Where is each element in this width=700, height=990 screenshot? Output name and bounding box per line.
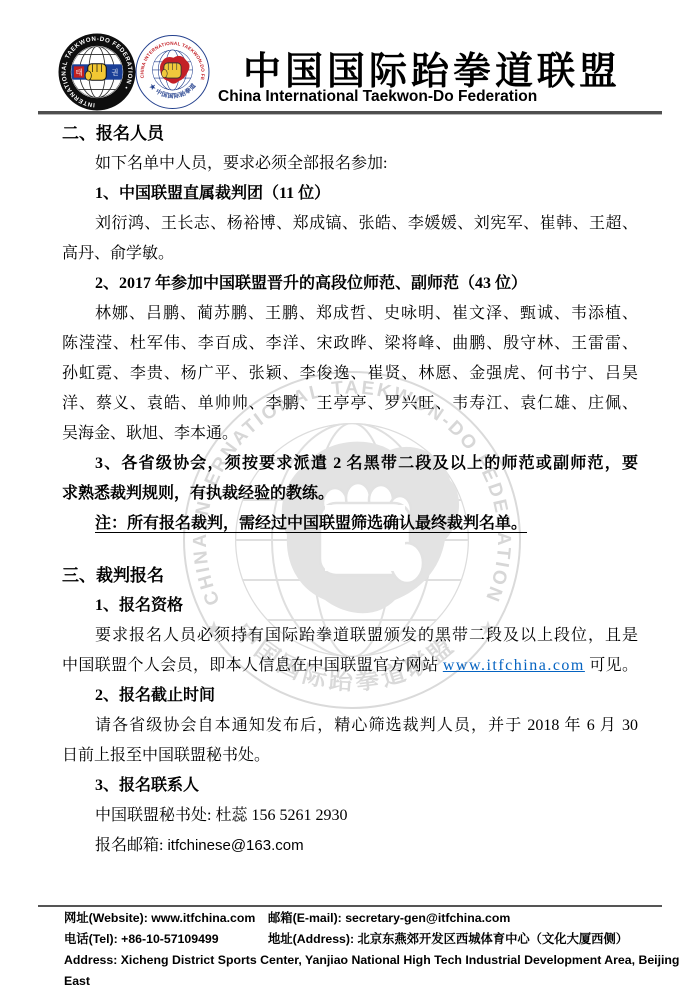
registrants-intro: 如下名单中人员，要求必须全部报名参加:	[62, 149, 638, 179]
master-names-line-4: 洋、蔡义、袁皓、单帅帅、李鹏、王亭亭、罗兴旺、韦寿江、袁仁雄、庄佩、	[62, 389, 638, 419]
korean-kwon-glyph: 권	[111, 68, 118, 77]
itf-emblem-icon: INTERNATIONAL TAEKWON-DO FEDERATION • 태 …	[58, 33, 136, 111]
qualification-text-post: 可见。	[585, 657, 638, 674]
footer-email-value: secretary-gen@itfchina.com	[345, 911, 510, 925]
master-names-line-3: 孙虹霓、李贵、杨广平、张颖、李俊逸、崔贤、林愿、金强虎、何书宁、吕昊	[62, 359, 638, 389]
provincial-requirement-line-2: 求熟悉裁判规则，有执裁经验的教练。	[62, 479, 638, 509]
korean-tae-glyph: 태	[76, 68, 83, 77]
footer-row-1: 网址(Website): www.itfchina.com 邮箱(E-mail)…	[64, 908, 680, 929]
referee-names-line-1: 刘衍鸿、王长志、杨裕博、郑成镐、张皓、李媛媛、刘宪军、崔韩、王超、	[62, 209, 638, 239]
footer-address-en: Address: Xicheng District Sports Center,…	[64, 950, 680, 990]
footer-tel: 电话(Tel): +86-10-57109499	[64, 929, 268, 950]
qualification-line-2: 中国联盟个人会员，即本人信息在中国联盟官方网站 www.itfchina.com…	[62, 651, 638, 681]
footer-tel-label: 电话(Tel):	[64, 932, 121, 946]
footer-email-label: 邮箱(E-mail):	[268, 911, 345, 925]
footer-divider	[38, 905, 662, 907]
footer-address-label: 地址(Address):	[268, 932, 358, 946]
org-title-cn: 中国国际跆拳道联盟	[243, 40, 621, 95]
header-divider	[38, 111, 662, 115]
org-title-en: China International Taekwon-Do Federatio…	[218, 88, 537, 106]
footer-tel-value: +86-10-57109499	[121, 932, 218, 946]
qualification-text-pre: 中国联盟个人会员，即本人信息在中国联盟官方网站	[62, 657, 443, 674]
footer: 网址(Website): www.itfchina.com 邮箱(E-mail)…	[64, 908, 680, 990]
document-body: 二、报名人员 如下名单中人员，要求必须全部报名参加: 1、中国联盟直属裁判团（1…	[62, 119, 638, 861]
footer-website-value: www.itfchina.com	[151, 911, 255, 925]
subheading-qualification: 1、报名资格	[62, 591, 638, 621]
subheading-direct-referee-team: 1、中国联盟直属裁判团（11 位）	[62, 179, 638, 209]
deadline-line-1: 请各省级协会自本通知发布后，精心筛选裁判人员，并于 2018 年 6 月 30	[62, 711, 638, 741]
subheading-contact: 3、报名联系人	[62, 771, 638, 801]
section-heading-referee-registration: 三、裁判报名	[62, 561, 638, 591]
master-names-line-1: 林娜、吕鹏、蔺苏鹏、王鹏、郑成哲、史咏明、崔文泽、甄诚、韦添植、	[62, 299, 638, 329]
provincial-requirement-line-1: 3、各省级协会，须按要求派遣 2 名黑带二段及以上的师范或副师范，要	[62, 449, 638, 479]
subheading-deadline: 2、报名截止时间	[62, 681, 638, 711]
footer-website-label: 网址(Website):	[64, 911, 151, 925]
master-names-line-2: 陈滢滢、杜军伟、李百成、李洋、宋政晔、梁将峰、曲鹏、殷守林、王雷雷、	[62, 329, 638, 359]
subheading-2017-masters: 2、2017 年参加中国联盟晋升的高段位师范、副师范（43 位）	[62, 269, 638, 299]
contact-email: 报名邮箱: itfchinese@163.com	[62, 831, 638, 861]
referee-names-line-2: 高丹、俞学敏。	[62, 239, 638, 269]
deadline-line-2: 日前上报至中国联盟秘书处。	[62, 741, 638, 771]
footer-address-cn: 地址(Address): 北京东燕郊开发区西城体育中心（文化大厦西侧）	[268, 929, 680, 950]
footer-email: 邮箱(E-mail): secretary-gen@itfchina.com	[268, 908, 680, 929]
contact-secretariat: 中国联盟秘书处: 杜蕊 156 5261 2930	[62, 801, 638, 831]
master-names-line-5: 吴海金、耿旭、李本通。	[62, 419, 638, 449]
note-final-list: 注：所有报名裁判，需经过中国联盟筛选确认最终裁判名单。	[62, 509, 638, 539]
footer-address-cn-value: 北京东燕郊开发区西城体育中心（文化大厦西侧）	[358, 932, 629, 946]
china-itf-emblem-icon: CHINA INTERNATIONAL TAEKWON-DO FEDERATIO…	[135, 34, 210, 110]
contact-email-label: 报名邮箱:	[95, 837, 167, 854]
footer-row-2: 电话(Tel): +86-10-57109499 地址(Address): 北京…	[64, 929, 680, 950]
contact-email-value: itfchinese@163.com	[167, 837, 303, 854]
qualification-line-1: 要求报名人员必须持有国际跆拳道联盟颁发的黑带二段及以上段位，且是	[62, 621, 638, 651]
footer-website: 网址(Website): www.itfchina.com	[64, 908, 268, 929]
website-link[interactable]: www.itfchina.com	[443, 657, 585, 674]
section-heading-registrants: 二、报名人员	[62, 119, 638, 149]
document-page: INTERNATIONAL TAEKWON-DO FEDERATION • 태 …	[0, 0, 700, 990]
